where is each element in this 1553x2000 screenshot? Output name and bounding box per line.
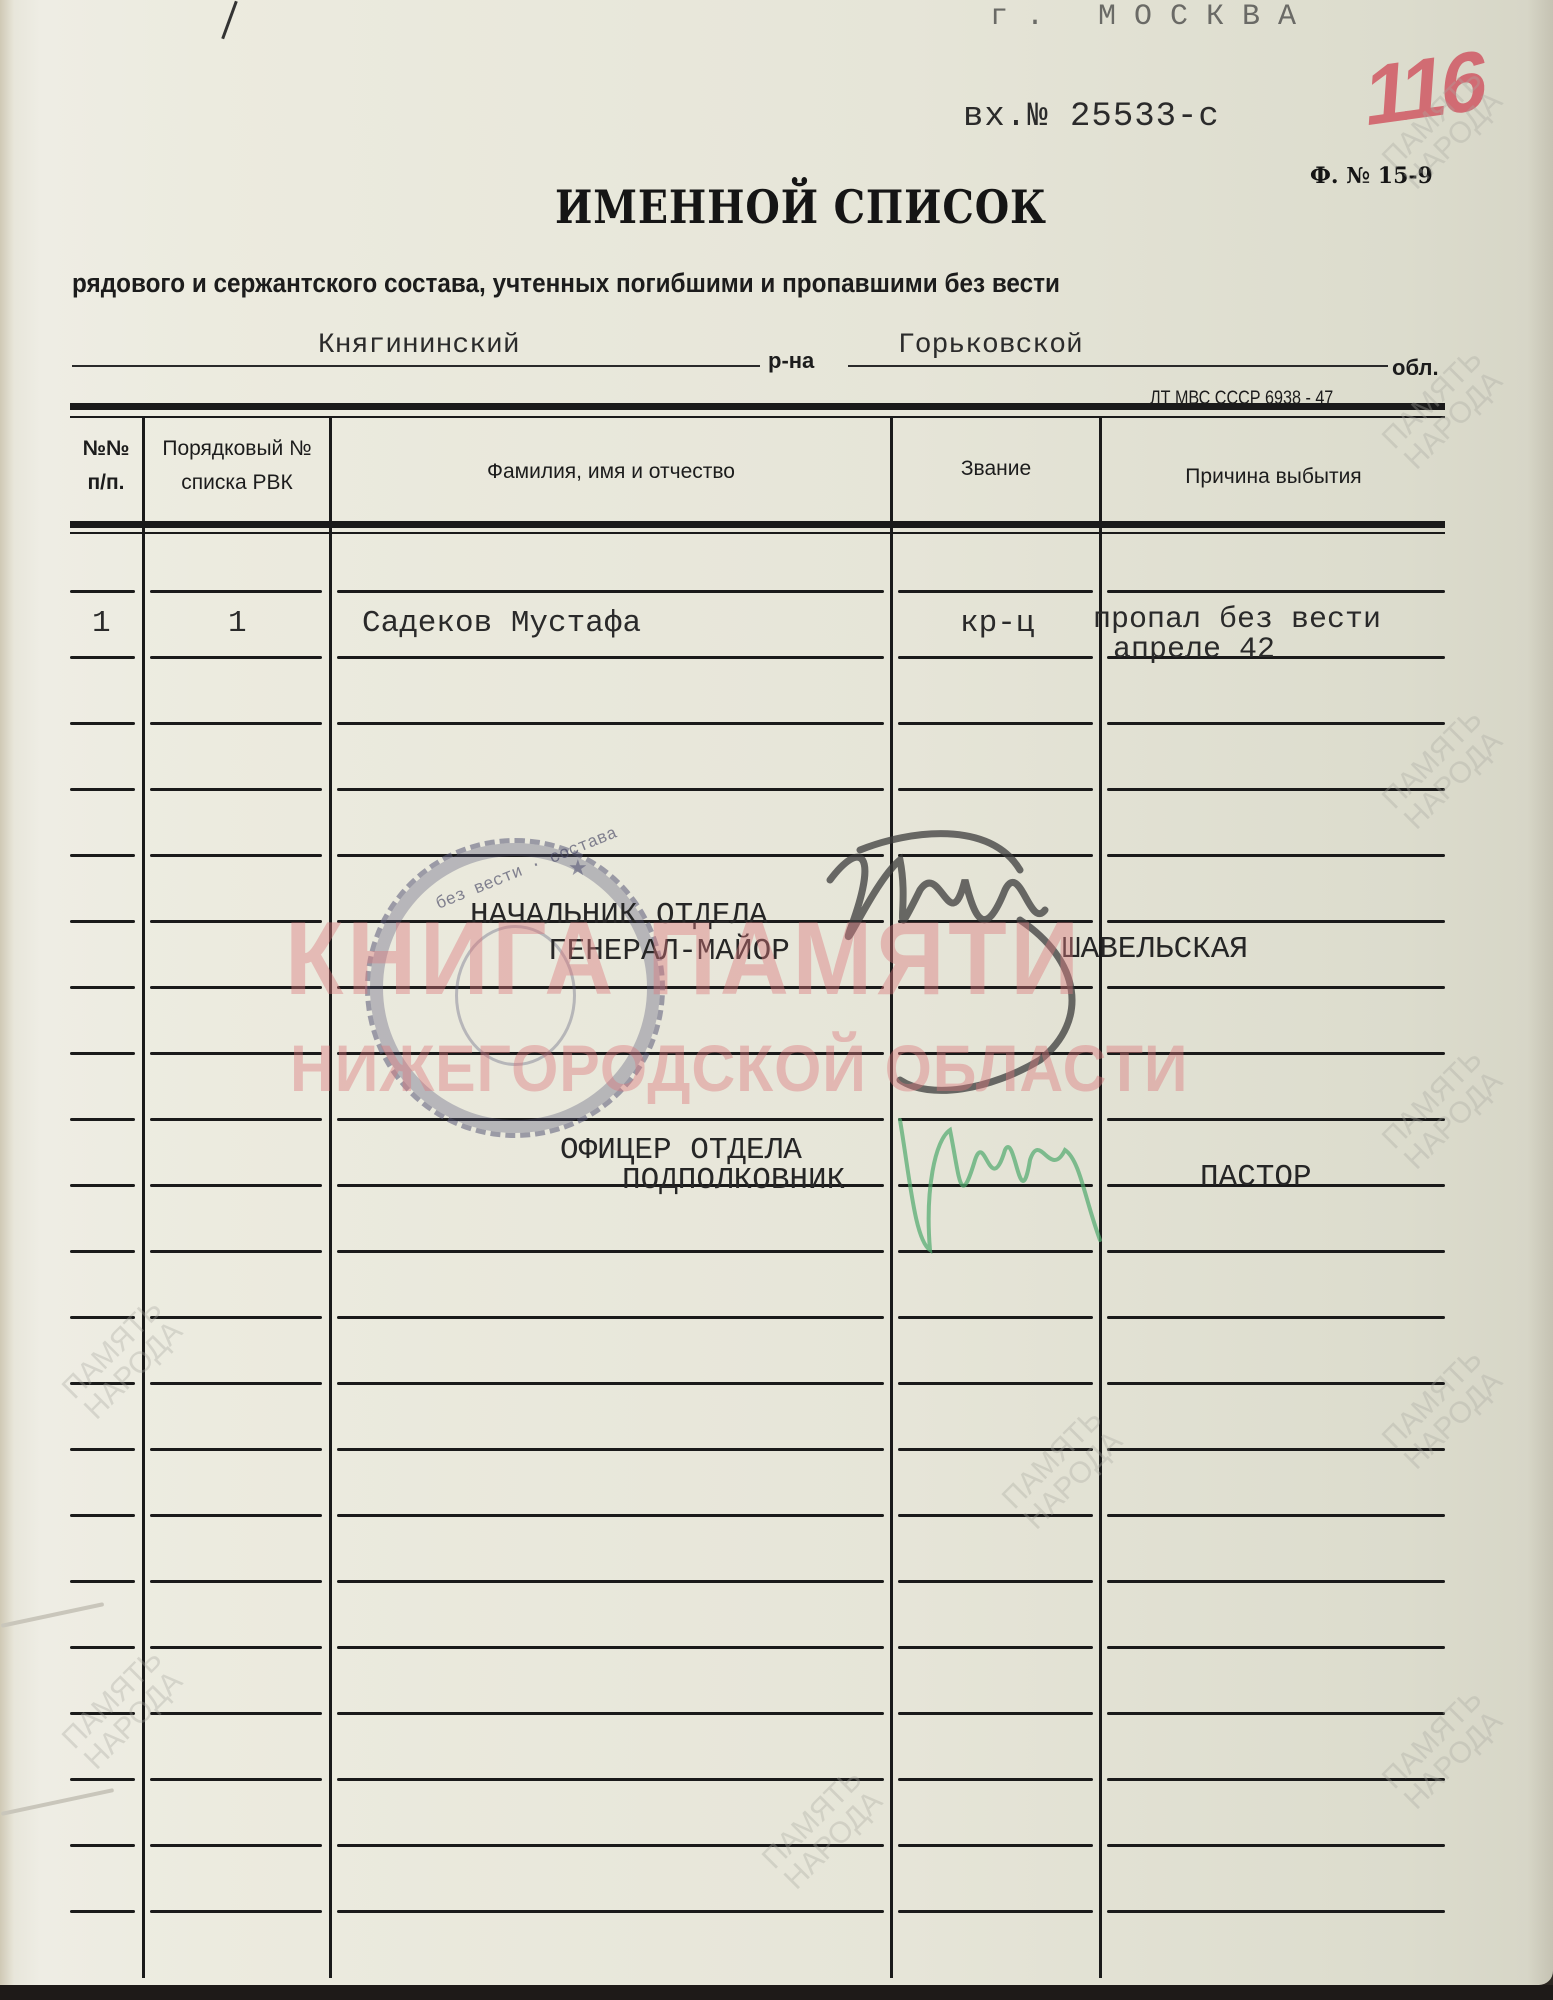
row-reason: пропал без вести	[1093, 603, 1381, 637]
document-page: г. МОСКВА вх.№ 25533-с 116 Ф. № 15-9 ИМЕ…	[0, 0, 1553, 1985]
row-rule	[898, 1712, 1093, 1715]
row-rule	[150, 1184, 322, 1187]
row-rule	[70, 1580, 135, 1583]
row-rule	[337, 1382, 884, 1385]
column-header-number: №№ п/п.	[70, 432, 142, 500]
watermark-pamyat-naroda: ПАМЯТЬ НАРОДА	[1377, 1684, 1509, 1816]
row-rule	[898, 590, 1093, 593]
column-header-rank: Звание	[893, 452, 1099, 486]
row-rule	[898, 1514, 1093, 1517]
row-rule	[337, 1316, 884, 1319]
row-rule	[1107, 1580, 1445, 1583]
row-rule	[337, 1250, 884, 1253]
row-rule	[70, 1118, 135, 1121]
row-rule	[70, 1514, 135, 1517]
row-full-name: Садеков Мустафа	[362, 606, 641, 641]
row-rule	[898, 656, 1093, 659]
row-rvk-number: 1	[228, 606, 247, 641]
row-rule	[898, 1910, 1093, 1913]
binding-thread	[1, 1788, 114, 1816]
row-rule	[1107, 1646, 1445, 1649]
row-rule	[70, 854, 135, 857]
watermark-pamyat-naroda: ПАМЯТЬ НАРОДА	[1377, 1044, 1509, 1176]
row-rule	[337, 1118, 884, 1121]
binding-thread	[1, 1602, 105, 1628]
row-rule	[337, 1448, 884, 1451]
pen-mark	[221, 1, 237, 40]
row-rule	[898, 788, 1093, 791]
row-rule	[150, 1316, 322, 1319]
row-rule	[150, 1514, 322, 1517]
row-rule	[150, 1250, 322, 1253]
row-rule	[150, 1118, 322, 1121]
city-stamp: г. МОСКВА	[990, 0, 1314, 34]
row-rule	[898, 1778, 1093, 1781]
row-rule	[337, 1580, 884, 1583]
row-rule	[337, 788, 884, 791]
row-rule	[1107, 722, 1445, 725]
row-rule	[898, 1844, 1093, 1847]
row-rule	[1107, 1844, 1445, 1847]
row-rule	[150, 656, 322, 659]
row-rule	[150, 1646, 322, 1649]
row-rank: кр-ц	[960, 606, 1034, 641]
row-rule	[337, 590, 884, 593]
row-reason-date: апреле 42	[1113, 633, 1275, 667]
row-rule	[150, 590, 322, 593]
row-rule	[150, 722, 322, 725]
row-rule	[1107, 1382, 1445, 1385]
row-rule	[70, 1052, 135, 1055]
row-rule	[150, 1910, 322, 1913]
watermark-pamyat-naroda: ПАМЯТЬ НАРОДА	[757, 1764, 889, 1896]
row-rule	[337, 1646, 884, 1649]
column-divider-1	[142, 418, 145, 1978]
document-title: ИМЕННОЙ СПИСОК	[555, 180, 1047, 234]
document-subtitle: рядового и сержантского состава, учтенны…	[72, 268, 1060, 299]
column-divider-2	[329, 418, 332, 1978]
district-fill-line	[72, 365, 760, 367]
row-rule	[70, 1910, 135, 1913]
row-rule	[70, 722, 135, 725]
row-rule	[150, 1844, 322, 1847]
table-top-rule-thin	[70, 416, 1445, 418]
row-rule	[70, 920, 135, 923]
watermark-pamyat-naroda: ПАМЯТЬ НАРОДА	[57, 1644, 189, 1776]
row-rule	[150, 1778, 322, 1781]
row-rule	[150, 1712, 322, 1715]
column-header-full-name: Фамилия, имя и отчество	[332, 455, 890, 489]
row-rule	[70, 1778, 135, 1781]
watermark-region: НИЖЕГОРОДСКОЙ ОБЛАСТИ	[290, 1030, 1188, 1106]
row-rule	[70, 1844, 135, 1847]
officer-signature-scrawl	[890, 1100, 1150, 1260]
row-rule	[150, 1448, 322, 1451]
officer-name: ПАСТОР	[1200, 1160, 1312, 1195]
row-rule	[337, 656, 884, 659]
row-rule	[337, 1778, 884, 1781]
row-rule	[1107, 590, 1445, 593]
row-rule	[337, 722, 884, 725]
row-rule	[150, 854, 322, 857]
row-rule	[1107, 1316, 1445, 1319]
table-top-rule	[70, 403, 1445, 410]
header-bottom-rule-thin	[70, 532, 1445, 534]
district-value: Княгининский	[318, 330, 520, 361]
row-rule	[70, 788, 135, 791]
row-rule	[70, 590, 135, 593]
officer-title-line2: ПОДПОЛКОВНИК	[622, 1163, 845, 1198]
row-rule	[337, 1712, 884, 1715]
row-rule	[1107, 986, 1445, 989]
row-rule	[70, 1646, 135, 1649]
header-bottom-rule	[70, 521, 1445, 528]
row-rule	[150, 788, 322, 791]
row-rule	[1107, 1910, 1445, 1913]
watermark-pamyat-naroda: ПАМЯТЬ НАРОДА	[1377, 1344, 1509, 1476]
row-rule	[337, 1910, 884, 1913]
row-rule	[337, 1514, 884, 1517]
inbound-number: вх.№ 25533-с	[963, 98, 1220, 136]
row-number: 1	[92, 606, 111, 641]
row-rule	[898, 1580, 1093, 1583]
row-rule	[70, 1250, 135, 1253]
region-value: Горьковской	[898, 330, 1083, 361]
column-header-rvk-number: Порядковый № списка РВК	[145, 432, 329, 500]
row-rule	[150, 1382, 322, 1385]
watermark-book-of-memory: КНИГА ПАМЯТИ	[285, 900, 1083, 1019]
row-rule	[1107, 854, 1445, 857]
region-fill-line	[848, 365, 1388, 367]
row-rule	[898, 1646, 1093, 1649]
row-rule	[70, 656, 135, 659]
row-rule	[70, 986, 135, 989]
row-rule	[1107, 920, 1445, 923]
column-header-reason: Причина выбытия	[1102, 460, 1445, 494]
district-suffix: р-на	[768, 348, 814, 374]
row-rule	[70, 1448, 135, 1451]
row-rule	[898, 722, 1093, 725]
row-rule	[898, 1316, 1093, 1319]
row-rule	[1107, 1514, 1445, 1517]
row-rule	[898, 1382, 1093, 1385]
row-rule	[150, 1580, 322, 1583]
row-rule	[1107, 1712, 1445, 1715]
row-rule	[1107, 1250, 1445, 1253]
row-rule	[70, 1184, 135, 1187]
watermark-pamyat-naroda: ПАМЯТЬ НАРОДА	[57, 1294, 189, 1426]
